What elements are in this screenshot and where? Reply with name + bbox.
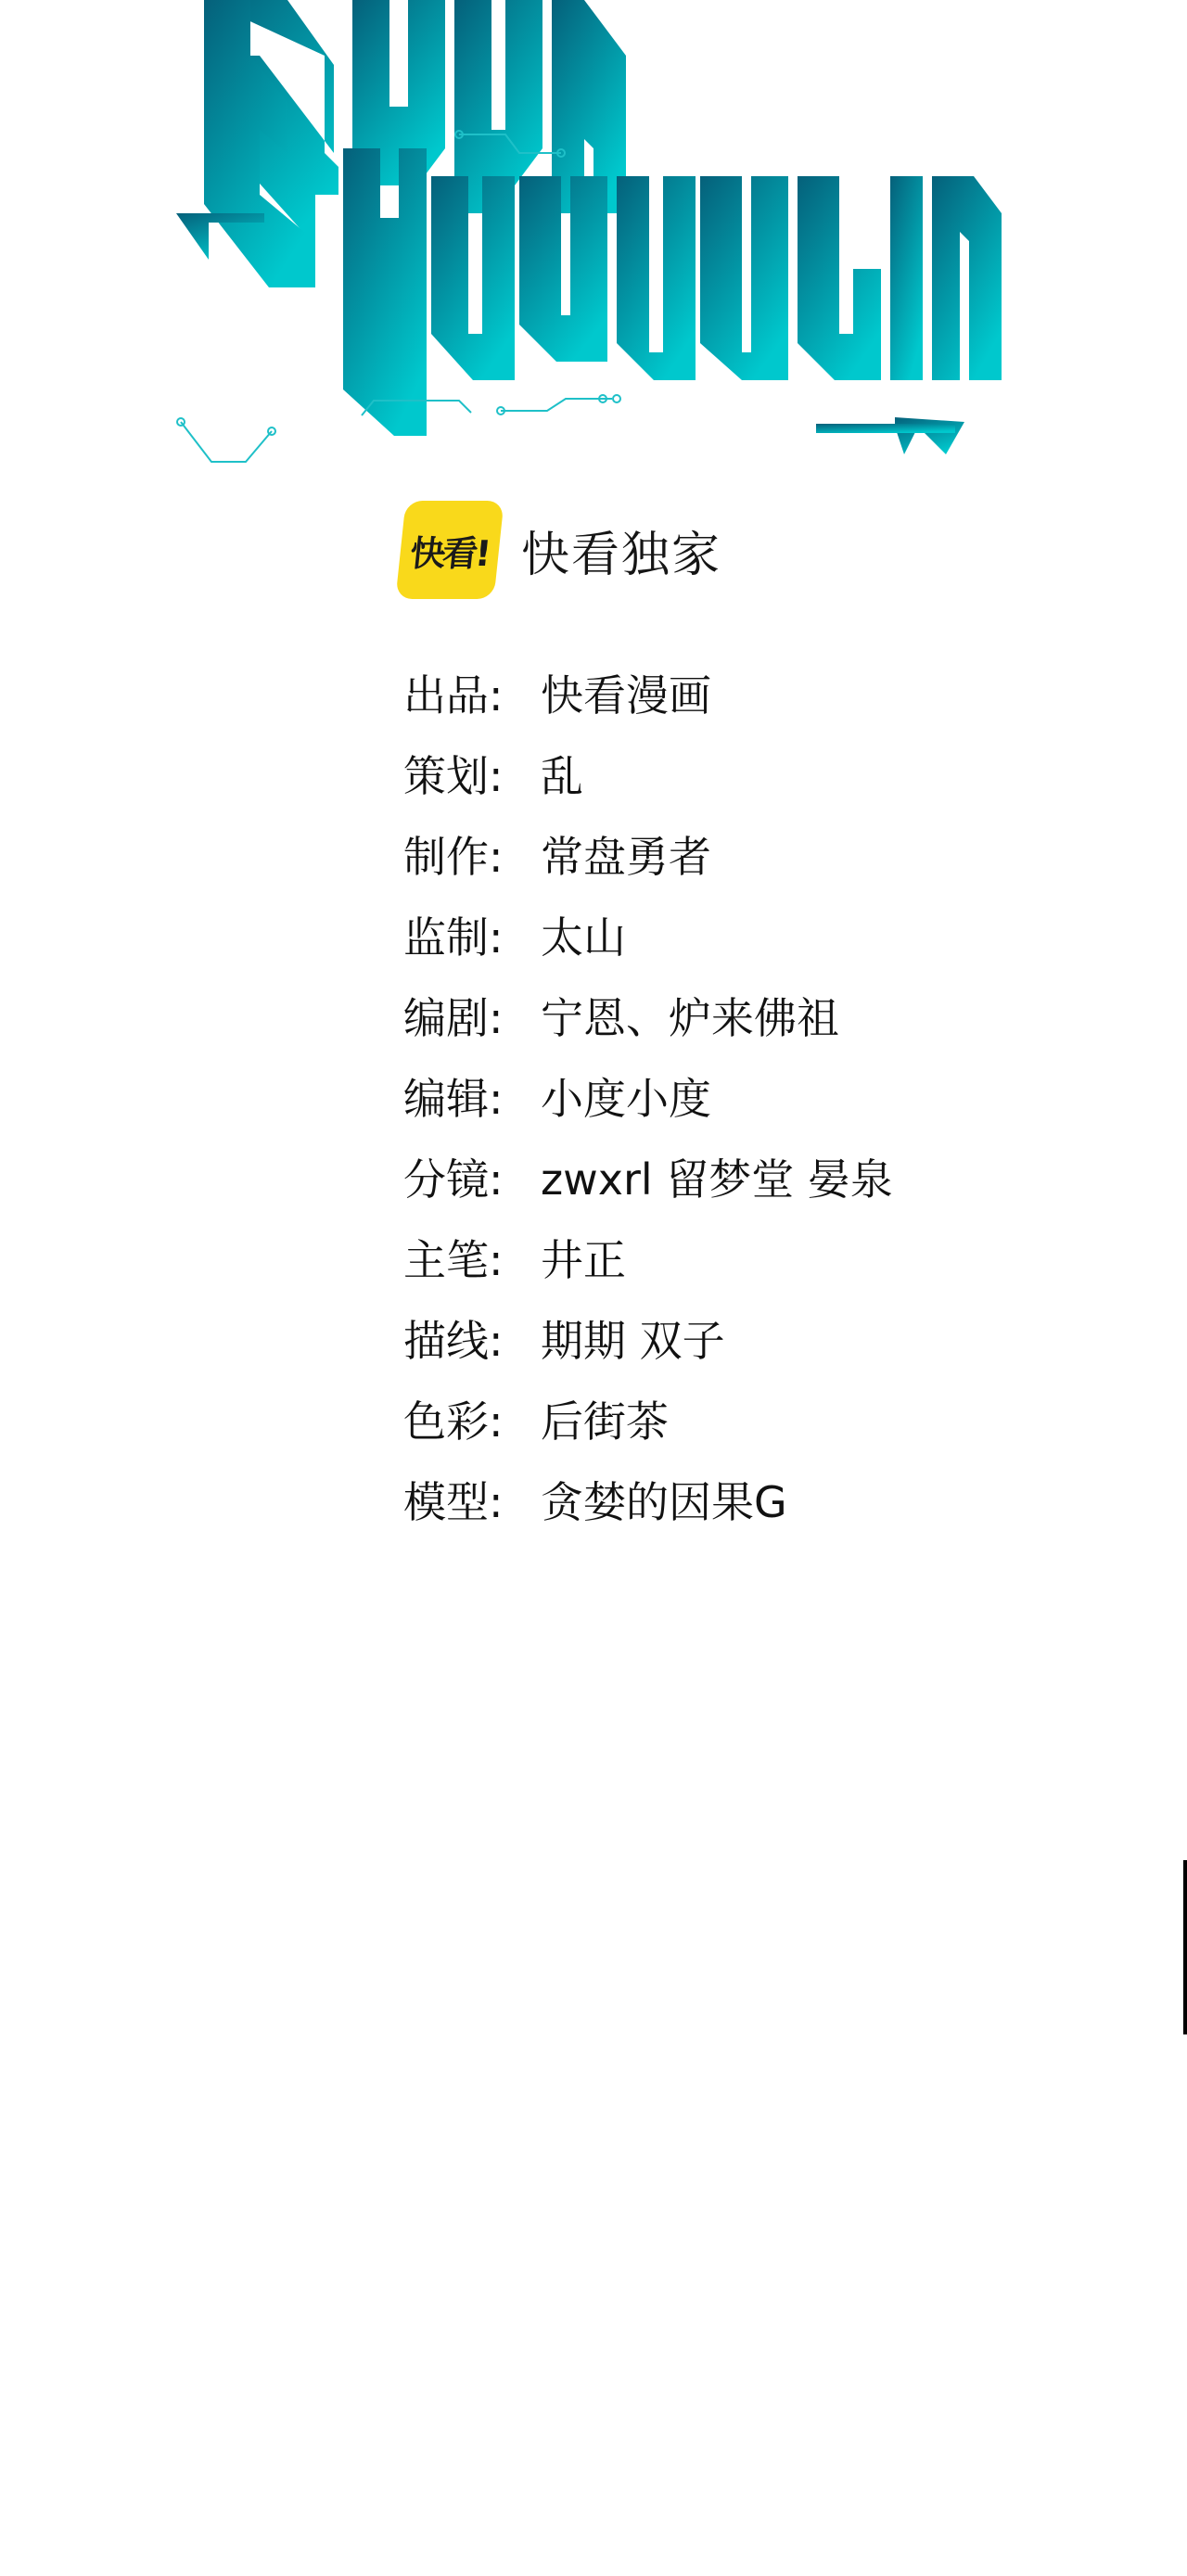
credit-value: 乱	[541, 743, 583, 804]
credit-row: 策划:乱	[403, 733, 893, 813]
credit-value: 宁恩、炉来佛祖	[541, 985, 839, 1046]
credit-row: 主笔:井正	[403, 1217, 893, 1297]
credit-row: 描线:期期 双子	[403, 1297, 893, 1378]
kuaikan-exclusive-brand: 快看! 快看独家	[401, 501, 721, 599]
credit-row: 模型:贪婪的因果G	[403, 1459, 893, 1539]
credit-value: 贪婪的因果G	[541, 1469, 787, 1530]
credit-value: 期期 双子	[541, 1307, 725, 1369]
credit-row: 出品:快看漫画	[403, 652, 893, 733]
credit-label: 监制:	[403, 904, 541, 965]
credit-label: 出品:	[403, 662, 541, 723]
credit-value: 井正	[541, 1227, 626, 1288]
credit-label: 色彩:	[403, 1388, 541, 1449]
credit-label: 制作:	[403, 823, 541, 885]
brand-label: 快看独家	[521, 516, 721, 585]
credit-label: 策划:	[403, 743, 541, 804]
credit-value: 小度小度	[541, 1065, 711, 1127]
credit-label: 分镜:	[403, 1146, 541, 1207]
credit-row: 编辑:小度小度	[403, 1055, 893, 1136]
credits-list: 出品:快看漫画 策划:乱 制作:常盘勇者 监制:太山 编剧:宁恩、炉来佛祖 编辑…	[403, 652, 893, 1539]
kuaikan-app-icon: 快看!	[395, 501, 504, 599]
credit-label: 编辑:	[403, 1065, 541, 1127]
credit-row: 分镜:zwxrl 留梦堂 晏泉	[403, 1136, 893, 1217]
credit-value: zwxrl 留梦堂 晏泉	[541, 1146, 893, 1207]
credit-row: 制作:常盘勇者	[403, 813, 893, 894]
credit-row: 监制:太山	[403, 894, 893, 975]
title-logo-graphic	[148, 0, 1029, 501]
brand-icon-text: 快看!	[408, 525, 491, 576]
super-evolution-title-logo	[148, 0, 1029, 501]
credit-label: 描线:	[403, 1307, 541, 1369]
credit-value: 快看漫画	[541, 662, 711, 723]
credit-value: 后街茶	[541, 1388, 669, 1449]
credit-label: 模型:	[403, 1469, 541, 1530]
credit-label: 编剧:	[403, 985, 541, 1046]
credit-value: 常盘勇者	[541, 823, 711, 885]
scrollbar-thumb[interactable]	[1183, 1860, 1187, 2034]
credit-value: 太山	[541, 904, 626, 965]
credit-row: 色彩:后街茶	[403, 1378, 893, 1459]
credit-row: 编剧:宁恩、炉来佛祖	[403, 975, 893, 1055]
credit-label: 主笔:	[403, 1227, 541, 1288]
